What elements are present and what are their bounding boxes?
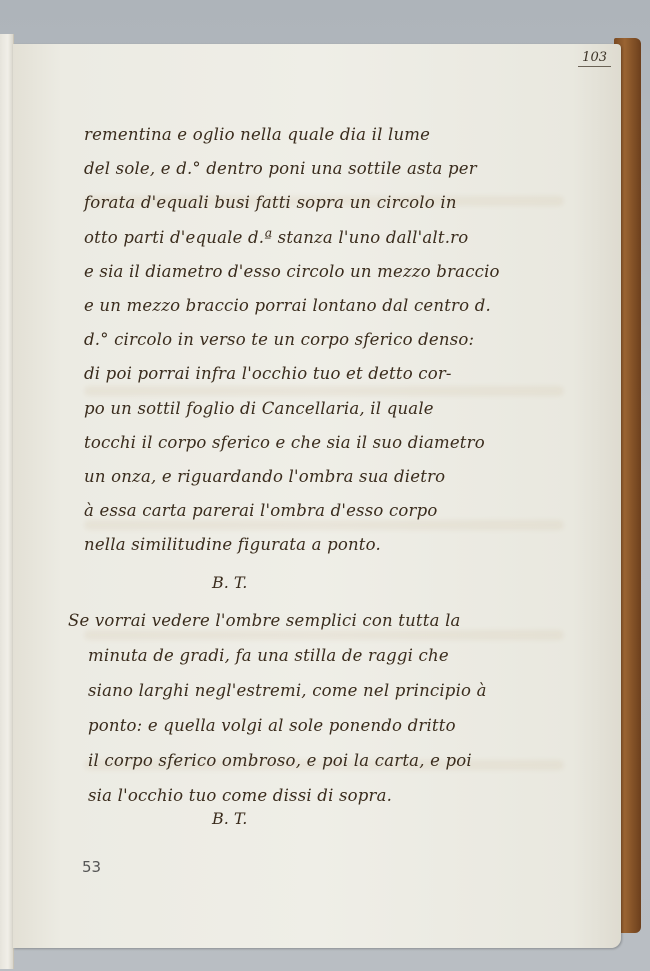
text-line: il corpo sferico ombroso, e poi la carta…: [68, 743, 568, 778]
text-line: à essa carta parerai l'ombra d'esso corp…: [84, 494, 564, 528]
text-line: Se vorrai vedere l'ombre semplici con tu…: [68, 603, 568, 638]
text-line: d.° circolo in verso te un corpo sferico…: [84, 323, 564, 357]
pencil-page-number: 53: [82, 858, 101, 876]
text-line: sia l'occhio tuo come dissi di sopra.: [68, 778, 568, 813]
text-line: otto parti d'equale d.ª stanza l'uno dal…: [84, 221, 564, 255]
text-line: tocchi il corpo sferico e che sia il suo…: [84, 426, 564, 460]
text-line: e un mezzo braccio porrai lontano dal ce…: [84, 289, 564, 323]
paragraph-2: Se vorrai vedere l'ombre semplici con tu…: [68, 603, 568, 813]
text-line: del sole, e d.° dentro poni una sottile …: [84, 152, 564, 186]
signature-mark: B. T.: [212, 809, 247, 828]
text-line: ponto: e quella volgi al sole ponendo dr…: [68, 708, 568, 743]
text-line: di poi porrai infra l'occhio tuo et dett…: [84, 357, 564, 391]
text-line: un onza, e riguardando l'ombra sua dietr…: [84, 460, 564, 494]
text-line: siano larghi negl'estremi, come nel prin…: [68, 673, 568, 708]
text-line: rementina e oglio nella quale dia il lum…: [84, 118, 564, 152]
signature-mark: B. T.: [212, 573, 247, 592]
text-line: minuta de gradi, fa una stilla de raggi …: [68, 638, 568, 673]
text-line: forata d'equali busi fatti sopra un circ…: [84, 186, 564, 220]
text-line: po un sottil foglio di Cancellaria, il q…: [84, 392, 564, 426]
folio-number: 103: [578, 50, 611, 67]
text-line: e sia il diametro d'esso circolo un mezz…: [84, 255, 564, 289]
text-line: nella similitudine figurata a ponto.: [84, 528, 564, 562]
facing-page-edge: [0, 34, 14, 969]
paragraph-1: rementina e oglio nella quale dia il lum…: [84, 118, 564, 562]
